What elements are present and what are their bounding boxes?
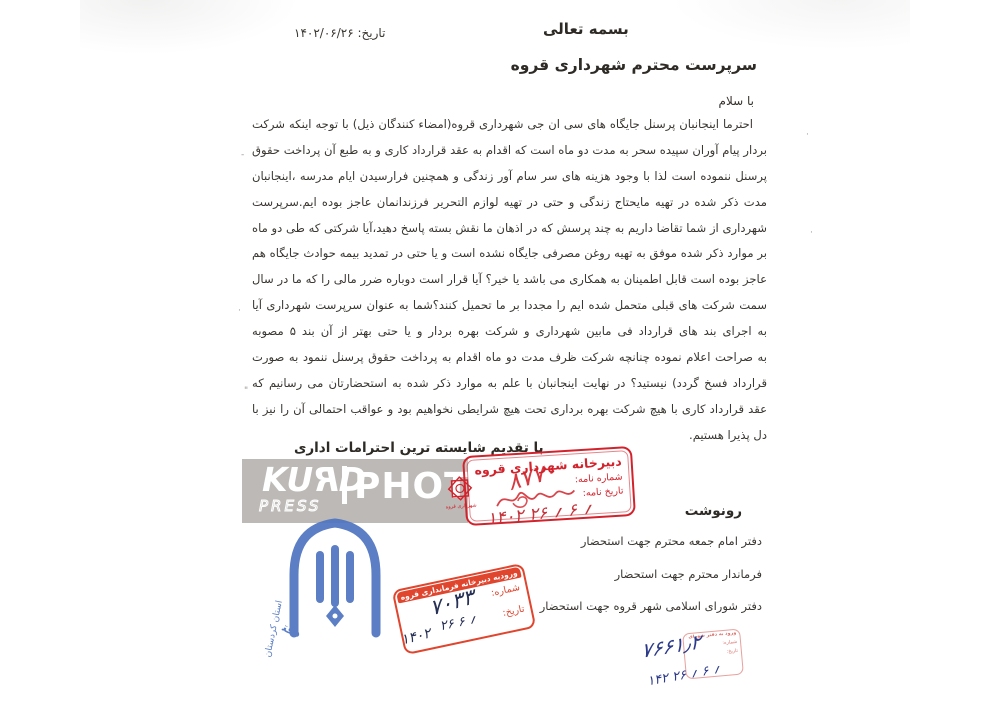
body-line: بر موارد ذکر شده موفق به تهیه روغن مصرفی… (252, 241, 767, 267)
body-line: عاجز بوده است قابل اطمینان به همکاری می … (252, 267, 767, 293)
copy-item: فرماندار محترم جهت استحضار (615, 567, 762, 581)
letter-body: احترما اینجانبان پرسنل جایگاه های سی ان … (252, 112, 767, 449)
scan-shadow-top-right (670, 0, 910, 50)
body-line: شهرداری از شما تقاضا داریم به چند پرسش ک… (252, 216, 767, 242)
scan-speck: · (806, 130, 809, 140)
copy-item: دفتر امام جمعه محترم جهت استحضار (581, 534, 762, 548)
copy-item: دفتر شورای اسلامی شهر قروه جهت استحضار (540, 599, 762, 613)
scan-shadow-top-left (80, 0, 300, 55)
copies-title: رونوشت (685, 503, 742, 519)
kurdpress-logo: KURD (262, 460, 366, 499)
imam-stamp-side-text: استان کردستان (263, 600, 285, 657)
municipality-emblem-icon: شهرداری قروه (443, 461, 478, 523)
watermark-divider (342, 466, 347, 504)
scan-speck: - (241, 150, 244, 160)
body-line: قرارداد فسخ گردد) نیستید؟ در نهایت اینجا… (252, 371, 767, 397)
body-line: احترما اینجانبان پرسنل جایگاه های سی ان … (252, 112, 767, 138)
body-line: پرسنل ننموده است لذا با وجود هزینه های س… (252, 164, 767, 190)
emblem-caption: شهرداری قروه (445, 502, 476, 510)
scanned-letter-page: بسمه تعالی تاریخ: ۱۴۰۲/۰۶/۲۶ سرپرست محتر… (0, 0, 1000, 707)
calligraphy-dot-icon (333, 614, 338, 619)
body-line: سمت شرکت های قبلی متحمل شده ایم را مجددا… (252, 293, 767, 319)
scan-speck: · (810, 228, 813, 238)
scan-speck: · (238, 306, 241, 316)
body-line: به صراحت اعلام نموده چنانچه شرکت ظرف مدت… (252, 345, 767, 371)
governorate-date-label: تاریخ: (502, 604, 526, 619)
body-line: بردار پیام آوران سپیده سحر به مدت دو ماه… (252, 138, 767, 164)
kurd-r-mirrored: R (313, 460, 338, 499)
letter-date-value: ۱۴۰۲/۰۶/۲۶ (294, 26, 354, 40)
addressee-title: سرپرست محترم شهرداری قروه (511, 56, 757, 74)
body-line: مدت ذکر شده در تهیه مایحتاج زندگی و حتی … (252, 190, 767, 216)
handwritten-council-date: ۱۴۲ ؍ ۶ ؍ ۲۶ (646, 662, 721, 690)
body-line: عقد قرارداد کاری با هیچ شرکت بهره برداری… (252, 397, 767, 423)
kurd-ku: KU (262, 460, 313, 499)
salutation: با سلام (719, 94, 754, 108)
letter-date-label: تاریخ: (357, 26, 385, 40)
governorate-number-label: شماره: (490, 582, 521, 599)
eight-point-star-icon (444, 473, 476, 505)
imam-jome-office-stamp: دفتر امام جمعه قروه استان کردستان (260, 513, 410, 657)
letter-date: تاریخ: ۱۴۰۲/۰۶/۲۶ (294, 26, 385, 40)
body-line: به اجرای بند های قرارداد فی مابین شهردار… (252, 319, 767, 345)
basmala-heading: بسمه تعالی (543, 20, 629, 38)
scan-speck: " (244, 386, 248, 396)
